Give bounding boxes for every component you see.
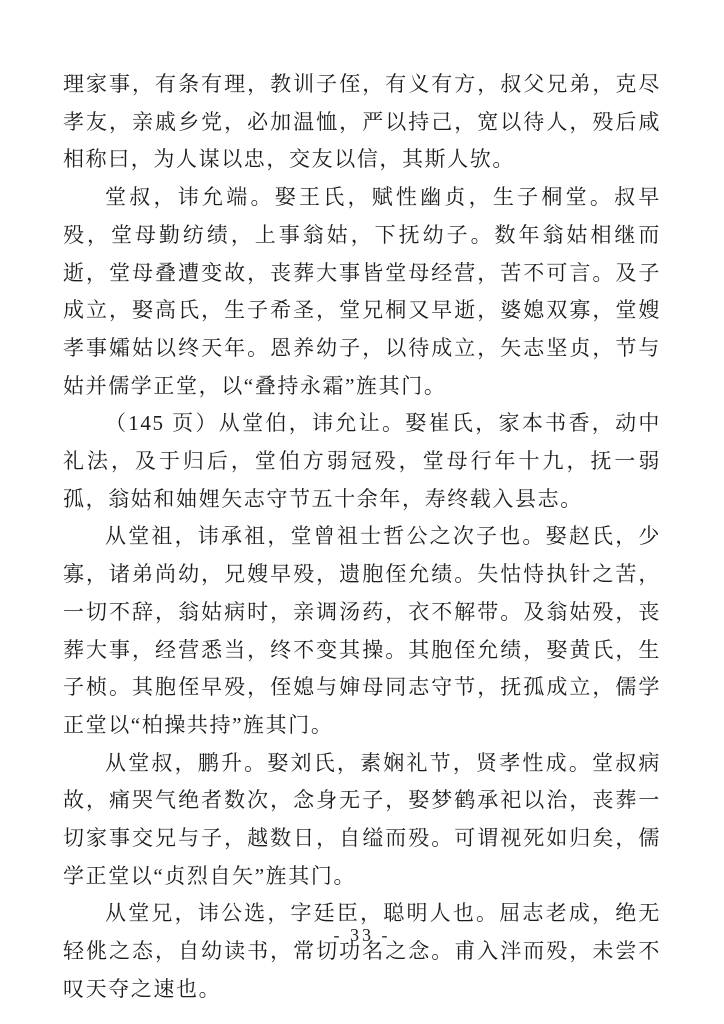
paragraph: 从堂兄，讳公选，字廷臣，聪明人也。屈志老成，绝无轻佻之态，自幼读书，常切功名之念… bbox=[63, 895, 661, 1008]
paragraph: （145 页）从堂伯，讳允让。娶崔氏，家本书香，动中礼法，及于归后，堂伯方弱冠殁… bbox=[63, 405, 661, 518]
paragraph: 从堂祖，讳承祖，堂曾祖士哲公之次子也。娶赵氏，少寡，诸弟尚幼，兄嫂早殁，遗胞侄允… bbox=[63, 518, 661, 744]
document-body: 理家事，有条有理，教训子侄，有义有方，叔父兄弟，克尽孝友，亲戚乡党，必加温恤，严… bbox=[63, 66, 661, 1009]
document-page: 理家事，有条有理，教训子侄，有义有方，叔父兄弟，克尽孝友，亲戚乡党，必加温恤，严… bbox=[0, 0, 724, 1024]
paragraph: 从堂叔，鹏升。娶刘氏，素娴礼节，贤孝性成。堂叔病故，痛哭气绝者数次，念身无子，娶… bbox=[63, 745, 661, 896]
page-number: - 33 - bbox=[0, 921, 724, 949]
paragraph: 堂叔，讳允端。娶王氏，赋性幽贞，生子桐堂。叔早殁，堂母勤纺绩，上事翁姑，下抚幼子… bbox=[63, 179, 661, 405]
paragraph: 理家事，有条有理，教训子侄，有义有方，叔父兄弟，克尽孝友，亲戚乡党，必加温恤，严… bbox=[63, 66, 661, 179]
